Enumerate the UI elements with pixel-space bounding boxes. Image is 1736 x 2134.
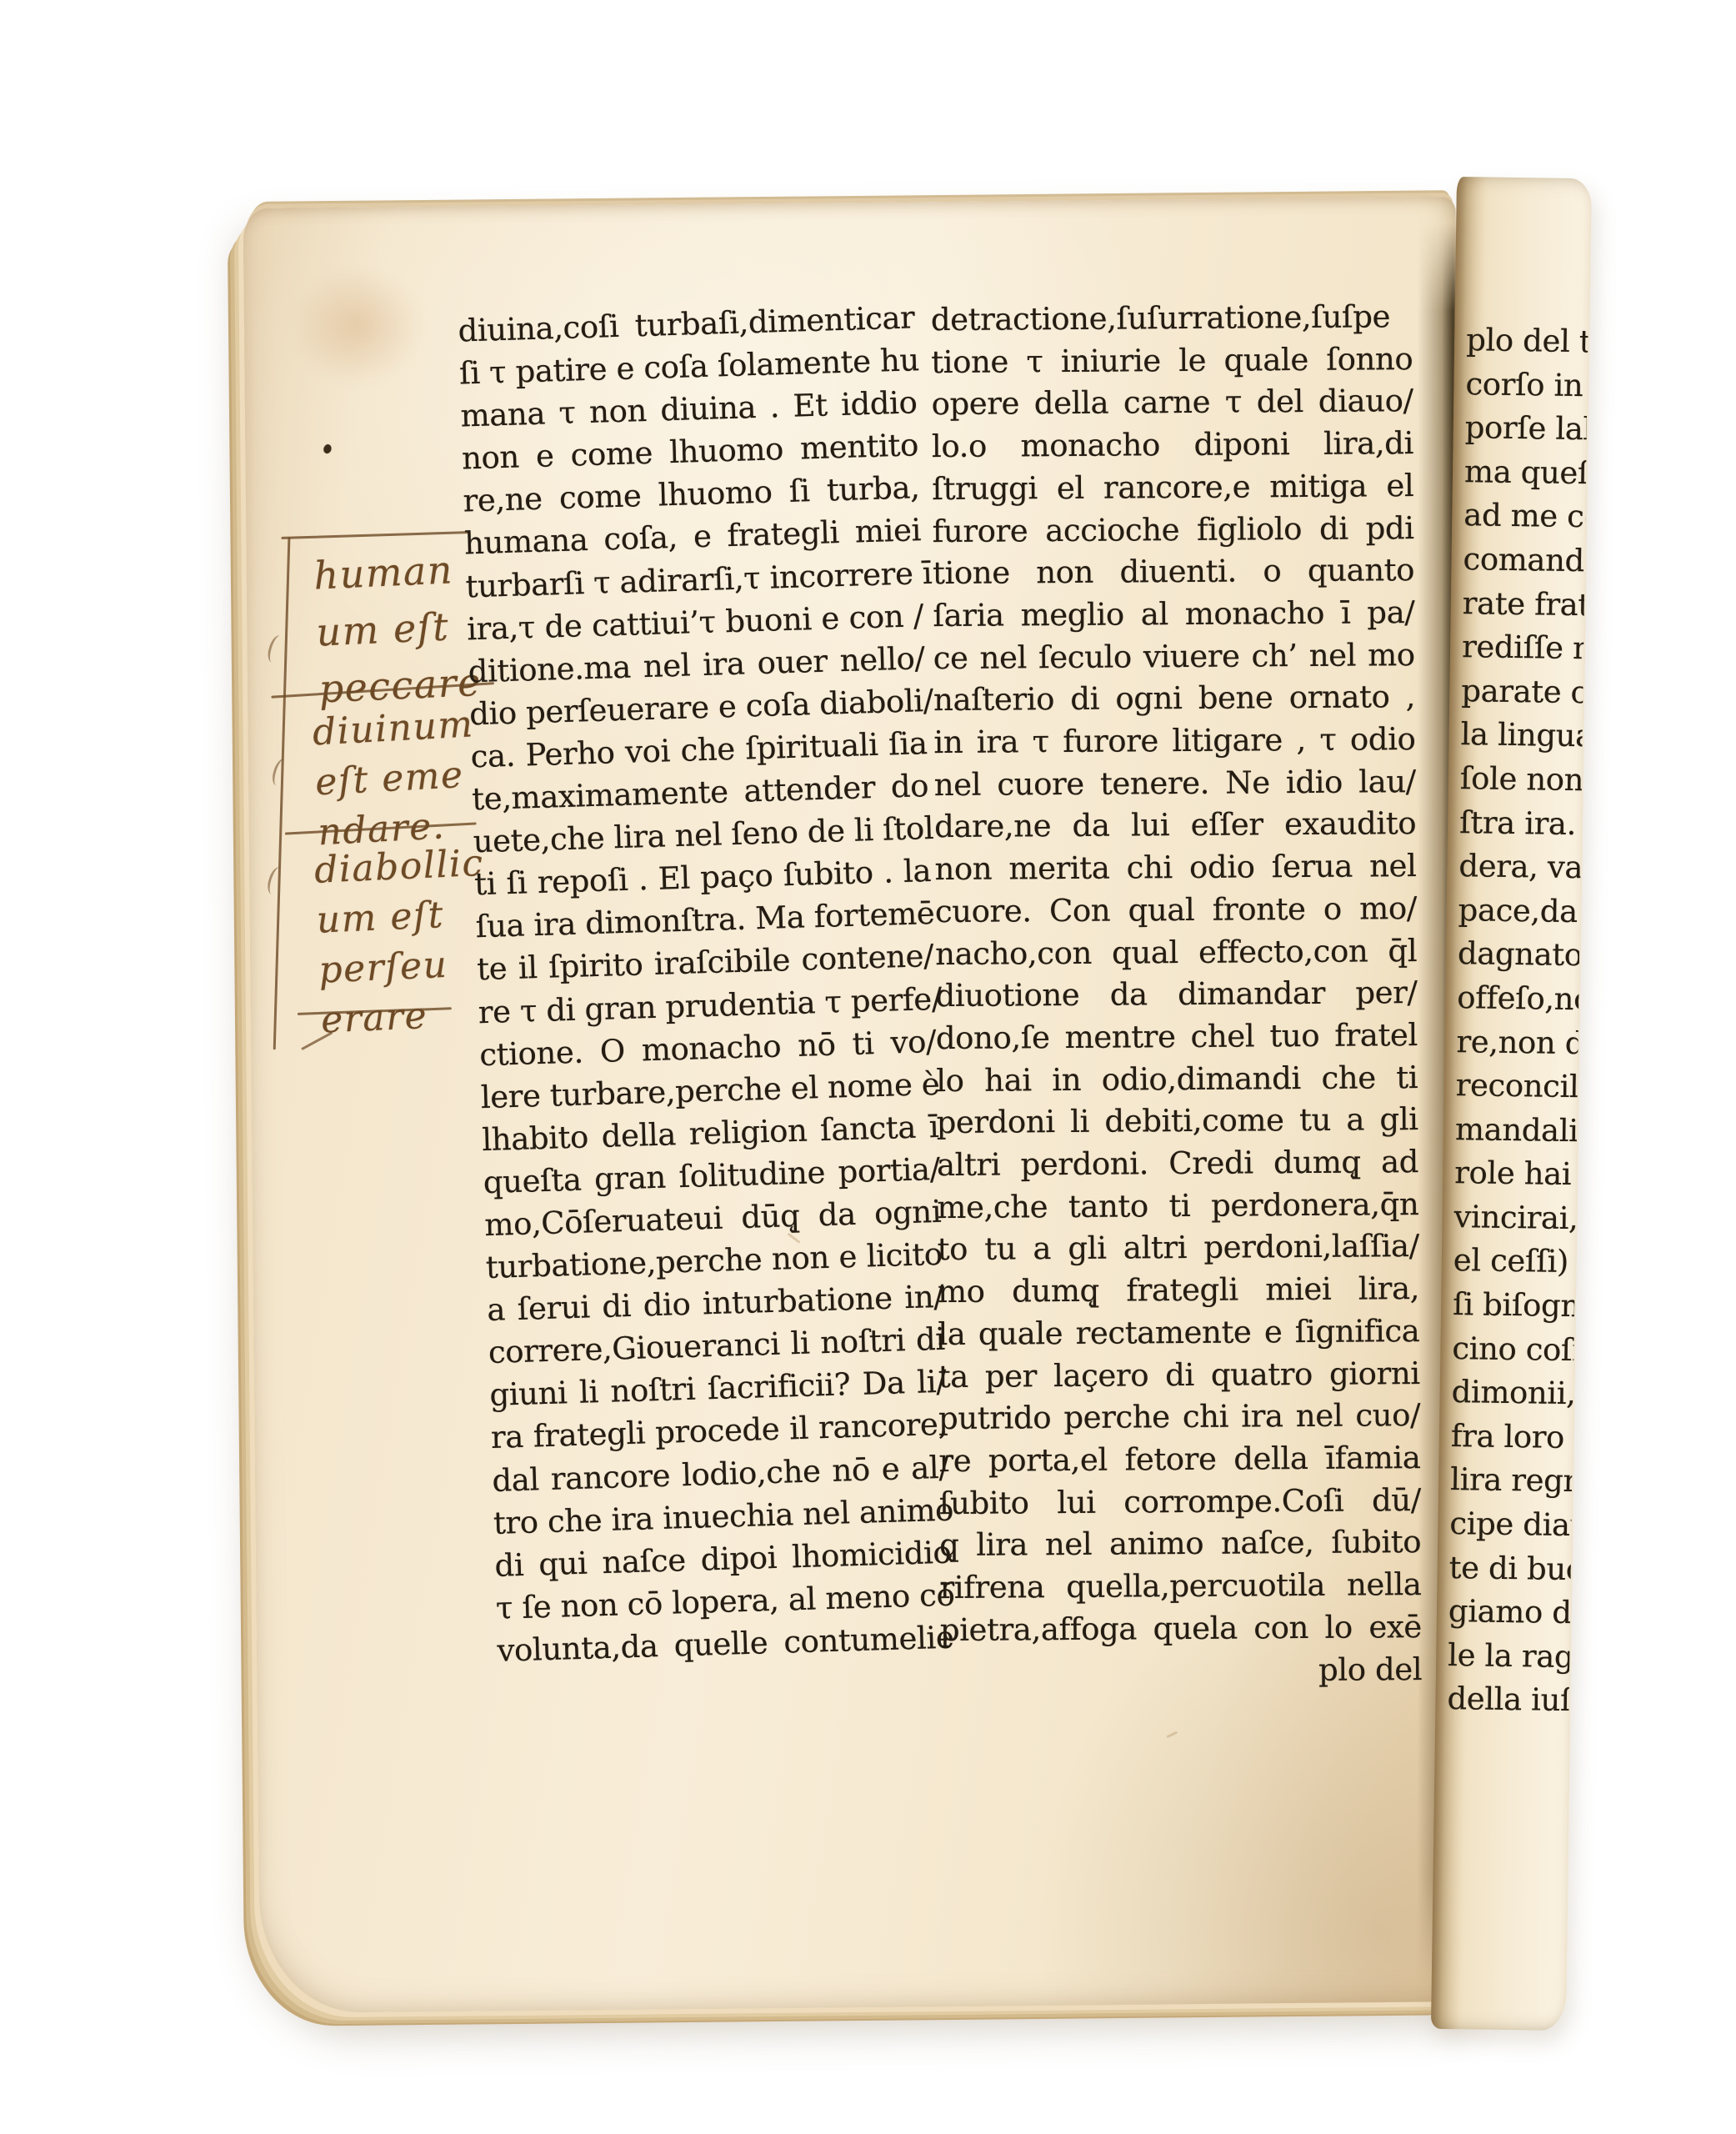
text-line: putrido perche chi ira nel cuo/: [938, 1395, 1420, 1440]
text-line: furore accioche figliolo di pdi: [932, 508, 1413, 554]
text-line: comanda: [1463, 538, 1585, 584]
book-photograph: humanum eſtpeccare diuinumeſt emendare. …: [0, 0, 1736, 2134]
text-line: ma queſt: [1464, 450, 1587, 496]
text-line: plo del: [940, 1649, 1422, 1695]
text-line: parate co: [1461, 669, 1583, 715]
text-line: lo.o monacho diponi lira,di: [932, 423, 1413, 468]
text-line: perſeu: [318, 939, 489, 996]
text-line: nel cuore tenere. Ne idio lau/: [934, 761, 1416, 807]
text-line: la quale rectamente e ſignifica: [938, 1310, 1419, 1356]
sliver-text-column: plo del trcorſo inporſe laltma queſtad m…: [1447, 318, 1588, 1723]
left-text-column: diuina,coſi turbaſi,dimenticarſi τ patir…: [458, 296, 954, 1672]
text-line: pietra,affoga quela con lo exē: [940, 1606, 1422, 1652]
marginalia-note-diabolicum: diabollicum eſtperſeuerare: [313, 839, 492, 1046]
text-line: dimonii,: [1451, 1370, 1573, 1416]
paper-fleck: [1166, 1731, 1178, 1739]
next-page-sliver: plo del trcorſo inporſe laltma queſtad m…: [1431, 177, 1592, 2031]
text-line: ſole non: [1460, 757, 1583, 803]
text-line: tione non diuenti. o quanto: [933, 549, 1414, 595]
text-line: le la ragio: [1448, 1634, 1570, 1680]
text-line: vincirai,: [1453, 1195, 1576, 1241]
main-page: humanum eſtpeccare diuinumeſt emendare. …: [243, 197, 1473, 2013]
text-line: ſtruggi el rancore,e mitiga el: [932, 465, 1413, 511]
marginalia-rule: [281, 531, 468, 539]
text-line: lira regna,: [1450, 1458, 1573, 1504]
text-line: cipe diauo: [1449, 1502, 1572, 1548]
text-line: ſubito lui corrompe.Coſi dū/: [939, 1480, 1421, 1525]
marginalia-note-humanum: humanum eſtpeccare: [313, 540, 483, 717]
text-line: dare,ne da lui eſſer exaudito: [934, 804, 1416, 849]
text-line: ad me co: [1463, 494, 1586, 540]
marginal-flourish: [269, 757, 291, 789]
text-line: diabollic: [313, 839, 485, 896]
paper-stain: [289, 265, 423, 388]
text-line: lo hai in odio,dimandi che ti: [936, 1057, 1418, 1103]
text-line: della iuſti: [1447, 1677, 1569, 1723]
text-line: giamo di: [1448, 1590, 1571, 1636]
text-line: cuore. Con qual fronte o mo/: [935, 888, 1417, 934]
text-line: eſt eme: [314, 749, 478, 808]
ink-dot: [323, 443, 333, 454]
text-line: tione τ iniurie le quale ſonno: [931, 338, 1413, 384]
text-line: la lingua: [1460, 713, 1583, 759]
text-line: el ceſſi) p: [1453, 1240, 1575, 1285]
text-line: detractione,ſuſurratione,ſuſpe: [931, 296, 1413, 342]
text-line: erare: [320, 989, 492, 1046]
text-line: te di buon: [1448, 1546, 1571, 1592]
text-line: dera, va: [1458, 844, 1581, 890]
text-line: perdoni li debiti,come tu a gli: [936, 1099, 1418, 1145]
text-line: rate frate: [1462, 582, 1584, 628]
text-line: human: [313, 540, 478, 604]
text-line: diuotione da dimandar per/: [935, 972, 1417, 1018]
marginalia-note-divinum: diuinumeſt emendare.: [312, 699, 481, 858]
text-line: altri perdoni. Credi dumq̨ ad: [937, 1141, 1418, 1187]
text-line: um eſt: [316, 889, 488, 946]
text-line: re porta,el fetore della īfamia: [938, 1437, 1420, 1483]
marginal-flourish: [265, 865, 287, 897]
text-line: non merita chi odio ſerua nel: [934, 845, 1416, 891]
text-line: q̨ lira nel animo naſce, ſubito: [939, 1521, 1421, 1567]
text-line: ſaria meglio al monacho ī pa/: [933, 592, 1414, 638]
text-line: rediſſe m: [1462, 625, 1584, 671]
text-line: opere della carne τ del diauo/: [931, 380, 1413, 426]
text-line: fra loro m: [1451, 1415, 1573, 1460]
text-line: corſo in: [1465, 363, 1588, 408]
text-line: nacho,con qual effecto,con q̄l: [935, 930, 1417, 976]
text-line: mandali: [1455, 1108, 1578, 1154]
text-line: in ira τ furore litigare , τ odio: [933, 719, 1415, 764]
text-line: porſe lalt: [1464, 406, 1587, 452]
text-line: rifrena quella,percuotila nella: [939, 1564, 1421, 1610]
text-line: reconcili: [1455, 1064, 1578, 1110]
text-line: me,che tanto ti perdonera,q̄n: [937, 1184, 1418, 1230]
text-line: re,non di: [1456, 1020, 1578, 1066]
marginalia-bracket-line: [273, 537, 291, 1049]
text-line: ſtra ira. S: [1459, 801, 1582, 847]
text-line: to tu a gli altri perdoni,laſſia/: [938, 1226, 1419, 1272]
text-line: ce nel ſeculo viuere ch’ nel mo: [933, 634, 1415, 680]
text-line: dono,ſe mentre chel tuo fratel: [936, 1014, 1418, 1060]
text-line: plo del tr: [1466, 318, 1588, 364]
text-line: mo dumq̨ frategli miei lira,: [938, 1268, 1419, 1314]
text-line: cino coſi: [1452, 1327, 1574, 1373]
text-line: offeſo,no: [1457, 976, 1579, 1022]
text-line: ſi biſogna: [1453, 1283, 1575, 1329]
text-line: dagnato: [1458, 932, 1580, 978]
text-line: pace,da: [1458, 889, 1580, 934]
text-line: naſterio di ogni bene ornato ,: [933, 676, 1415, 722]
right-text-column: detractione,ſuſurratione,ſuſpetione τ in…: [931, 296, 1423, 1694]
text-line: um eſt: [315, 597, 480, 661]
text-line: ta per laçero di quatro giorni: [938, 1353, 1420, 1399]
text-line: role hai o: [1454, 1151, 1577, 1197]
text-line: diuinum: [312, 699, 475, 758]
